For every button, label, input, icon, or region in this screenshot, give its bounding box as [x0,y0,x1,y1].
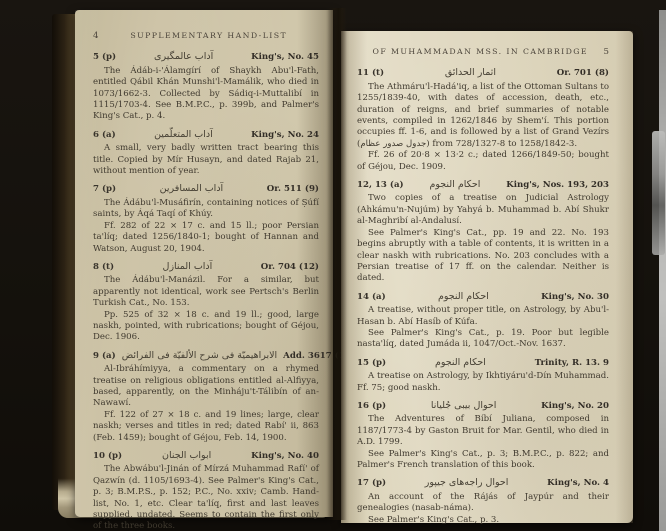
entry-number: 16 (p) [357,401,386,412]
entry-paragraph: Ff. 282 of 22 × 17 c. and 15 ll.; poor P… [93,221,319,255]
entry-number: 10 (p) [93,451,122,462]
entry-heading: 12, 13 (a) احكام النجوم King's, Nos. 193… [357,179,609,191]
entry-paragraph: Two copies of a treatise on Judicial Ast… [357,193,609,227]
entry-number: 6 (a) [93,130,116,141]
entry-arabic-title: آداب المتعلّمين [116,129,251,140]
book-scan: 4 SUPPLEMENTARY HAND-LIST 5 (p) آداب عال… [0,0,666,531]
entry-shelfmark: King's, No. 4 [547,478,609,489]
page-holder-clip [652,131,665,255]
entry-arabic-title: آداب المنازل [114,261,261,272]
entry-paragraph: The Adventures of Bíbí Juliana, composed… [357,414,609,448]
entry-paragraph: A treatise on Astrology, by Ikhtiyáru'd-… [357,371,609,394]
entry-arabic-title: آداب المسافرين [116,183,267,194]
right-running-header: OF MUHAMMADAN MSS. IN CAMBRIDGE 5 [357,46,609,58]
entry-paragraph: See Palmer's King's Cat., pp. 19 and 22.… [357,228,609,285]
entry-heading: 9 (a) الابراهيميّة فى شرح الألفيّة فى ال… [93,350,319,362]
entry-paragraph: A small, very badly written tract bearin… [93,143,319,177]
entry-number: 12, 13 (a) [357,180,404,191]
entry-paragraph: The Athmáru'l-Hadá'iq, a list of the Ott… [357,82,609,150]
entry-9: 9 (a) الابراهيميّة فى شرح الألفيّة فى ال… [93,350,319,444]
entry-heading: 10 (p) ابواب الجنان King's, No. 40 [93,450,319,462]
entry-paragraph: Ff. 26 of 20·8 × 13·2 c.; dated 1266/184… [357,150,609,173]
entry-arabic-title: احوال راجه‌هاى جيپور [386,477,547,488]
entry-12-13: 12, 13 (a) احكام النجوم King's, Nos. 193… [357,179,609,285]
entry-shelfmark: King's, No. 30 [541,292,609,303]
entry-shelfmark: King's, Nos. 193, 203 [506,180,609,191]
book-gutter-shadow [327,8,347,520]
entry-8: 8 (t) آداب المنازل Or. 704 (12) The Ádáb… [93,261,319,344]
right-page-content: OF MUHAMMADAN MSS. IN CAMBRIDGE 5 11 (t)… [357,46,609,531]
entry-paragraph: Ff. 122 of 27 × 18 c. and 19 lines; larg… [93,410,319,444]
entry-shelfmark: Trinity, R. 13. 9 [535,358,609,369]
entry-paragraph: The Ádáb-i-'Álamgírí of Shaykh Abu'l-Fat… [93,66,319,123]
entry-shelfmark: Or. 704 (12) [261,262,319,273]
entry-number: 11 (t) [357,68,384,79]
page-number: 5 [604,47,609,58]
entry-16: 16 (p) احوال بيبى جُليانا King's, No. 20… [357,400,609,471]
entry-11: 11 (t) اثمار الحدائق Or. 701 (8) The Ath… [357,67,609,173]
entry-heading: 8 (t) آداب المنازل Or. 704 (12) [93,261,319,273]
scanner-edge-strip [659,10,666,531]
entry-paragraph: See Palmer's King's Cat., p. 19. Poor bu… [357,328,609,351]
entry-10: 10 (p) ابواب الجنان King's, No. 40 The A… [93,450,319,531]
entry-number: 7 (p) [93,184,116,195]
entry-number: 5 (p) [93,52,116,63]
entry-paragraph: An account of the Rájás of Jaypúr and th… [357,492,609,515]
entry-17: 17 (p) احوال راجه‌هاى جيپور King's, No. … [357,477,609,526]
entry-number: 14 (a) [357,292,386,303]
entry-shelfmark: Or. 511 (9) [267,184,319,195]
entry-heading: 7 (p) آداب المسافرين Or. 511 (9) [93,183,319,195]
left-page-content: 4 SUPPLEMENTARY HAND-LIST 5 (p) آداب عال… [93,30,319,531]
entry-paragraph: The Ádábu'l-Musáfirín, containing notice… [93,198,319,221]
entry-5: 5 (p) آداب عالمگيرى King's, No. 45 The Á… [93,51,319,122]
entry-paragraph: Al-Ibráhímiyya, a commentary on a rhymed… [93,364,319,410]
entry-paragraph: Pp. 525 of 32 × 18 c. and 19 ll.; good, … [93,310,319,344]
entry-14: 14 (a) احكام النجوم King's, No. 30 A tre… [357,291,609,351]
entry-heading: 5 (p) آداب عالمگيرى King's, No. 45 [93,51,319,63]
entry-arabic-title: آداب عالمگيرى [116,51,251,62]
entry-paragraph: The Ádábu'l-Manázil. For a similar, but … [93,275,319,309]
entry-arabic-title: احكام النجوم [404,179,507,190]
entry-arabic-title: اثمار الحدائق [384,67,557,78]
running-title: OF MUHAMMADAN MSS. IN CAMBRIDGE [357,46,604,57]
entry-heading: 16 (p) احوال بيبى جُليانا King's, No. 20 [357,400,609,412]
entry-number: 9 (a) [93,351,116,362]
running-title: SUPPLEMENTARY HAND-LIST [98,30,319,41]
entry-paragraph: The Abwábu'l-Jinán of Mírzá Muhammad Raf… [93,464,319,531]
entry-shelfmark: King's, No. 20 [541,401,609,412]
entry-heading: 6 (a) آداب المتعلّمين King's, No. 24 [93,129,319,141]
entry-shelfmark: Or. 701 (8) [557,68,609,79]
entry-heading: 11 (t) اثمار الحدائق Or. 701 (8) [357,67,609,79]
entry-7: 7 (p) آداب المسافرين Or. 511 (9) The Ádá… [93,183,319,254]
entry-6: 6 (a) آداب المتعلّمين King's, No. 24 A s… [93,129,319,178]
entry-shelfmark: King's, No. 40 [251,451,319,462]
entry-heading: 15 (p) احكام النجوم Trinity, R. 13. 9 [357,357,609,369]
entry-arabic-title: الابراهيميّة فى شرح الألفيّة فى الفرائض [116,350,283,361]
entry-number: 15 (p) [357,358,386,369]
entry-shelfmark: King's, No. 45 [251,52,319,63]
entry-heading: 14 (a) احكام النجوم King's, No. 30 [357,291,609,303]
entry-paragraph: See Palmer's King's Cat., p. 3; B.M.P.C.… [357,449,609,472]
entry-arabic-title: احوال بيبى جُليانا [386,400,541,411]
entry-15: 15 (p) احكام النجوم Trinity, R. 13. 9 A … [357,357,609,394]
entry-number: 8 (t) [93,262,114,273]
left-running-header: 4 SUPPLEMENTARY HAND-LIST [93,30,319,42]
entry-arabic-title: احكام النجوم [386,357,535,368]
entry-arabic-title: احكام النجوم [386,291,542,302]
entry-arabic-title: ابواب الجنان [122,450,251,461]
entry-paragraph: A treatise, without proper title, on Ast… [357,305,609,328]
entry-number: 17 (p) [357,478,386,489]
entry-heading: 17 (p) احوال راجه‌هاى جيپور King's, No. … [357,477,609,489]
entry-shelfmark: King's, No. 24 [251,130,319,141]
entry-paragraph: See Palmer's King's Cat., p. 3. [357,515,609,526]
